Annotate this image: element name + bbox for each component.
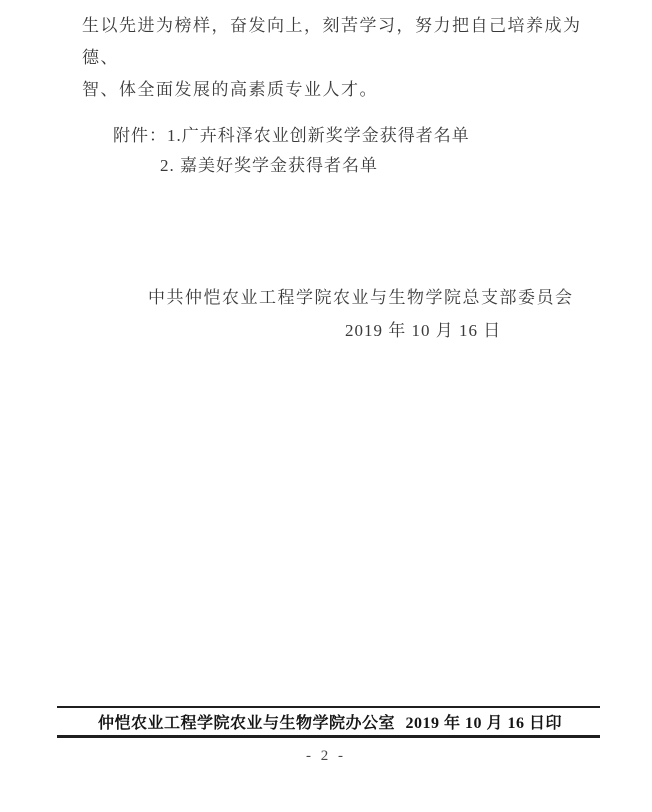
footer-office-name: 仲恺农业工程学院农业与生物学院办公室 <box>98 710 395 733</box>
body-paragraph-line: 智、体全面发展的高素质专业人才。 <box>82 74 606 106</box>
page-number: - 2 - <box>0 748 652 765</box>
footer-bar: 仲恺农业工程学院农业与生物学院办公室 2019 年 10 月 16 日印 <box>57 706 600 738</box>
attachment-label: 附件： <box>113 126 167 145</box>
attachment-list-line-1: 附件：1.广卉科泽农业创新奖学金获得者名单 <box>113 121 470 146</box>
signature-organization: 中共仲恺农业工程学院农业与生物学院总支部委员会 <box>148 283 574 308</box>
attachment-item-1: 1.广卉科泽农业创新奖学金获得者名单 <box>167 126 470 145</box>
body-paragraph: 生以先进为榜样，奋发向上，刻苦学习，努力把自己培养成为德、 智、体全面发展的高素… <box>82 10 606 106</box>
footer-print-date: 2019 年 10 月 16 日印 <box>405 710 562 733</box>
attachment-item-2: 2. 嘉美好奖学金获得者名单 <box>160 151 378 176</box>
body-paragraph-line: 生以先进为榜样，奋发向上，刻苦学习，努力把自己培养成为德、 <box>82 10 606 74</box>
document-page: 生以先进为榜样，奋发向上，刻苦学习，努力把自己培养成为德、 智、体全面发展的高素… <box>0 0 652 812</box>
signature-date: 2019 年 10 月 16 日 <box>345 316 501 341</box>
